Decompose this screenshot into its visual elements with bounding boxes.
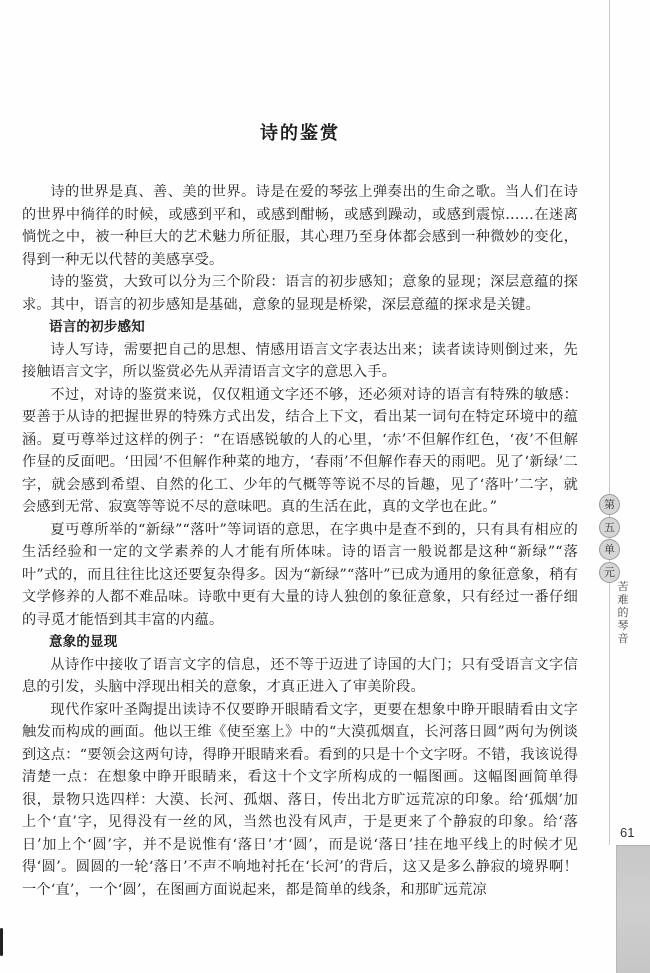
unit-badge-circle: 第 — [599, 494, 620, 515]
paragraph: 不过，对诗的鉴赏来说，仅仅粗通文字还不够，还必须对诗的语言有特殊的敏感：要善于从… — [22, 384, 578, 519]
paragraph: 诗的世界是真、善、美的世界。诗是在爱的琴弦上弹奏出的生命之歌。当人们在诗的世界中… — [22, 181, 578, 271]
paragraph: 夏丏尊所举的“新绿”“落叶”等词语的意思，在字典中是查不到的，只有具有相应的生活… — [22, 519, 578, 632]
page-edge-tab — [616, 845, 650, 973]
section-heading: 语言的初步感知 — [22, 316, 578, 339]
paragraph: 诗人写诗，需要把自己的思想、情感用语言文字表达出来；读者读诗则倒过来，先接触语言… — [22, 339, 578, 384]
paragraph: 诗的鉴赏，大致可以分为三个阶段：语言的初步感知；意象的显现；深层意蕴的探求。其中… — [22, 271, 578, 316]
margin-divider — [609, 0, 610, 845]
paragraph: 从诗作中接收了语言文字的信息，还不等于迈进了诗国的大门；只有受语言文字信息的引发… — [22, 654, 578, 699]
article-body: 诗的世界是真、善、美的世界。诗是在爱的琴弦上弹奏出的生命之歌。当人们在诗的世界中… — [22, 181, 578, 901]
unit-title-char: 音 — [616, 632, 630, 645]
unit-badge-circle: 单 — [599, 539, 620, 560]
unit-title-char: 的 — [616, 606, 630, 619]
paragraph: 现代作家叶圣陶提出读诗不仅要睁开眼睛看文字，更要在想象中睁开眼睛看由文字触发而构… — [22, 699, 578, 902]
unit-title-vertical: 苦 难 的 琴 音 — [616, 580, 630, 645]
page-title: 诗的鉴赏 — [0, 119, 600, 145]
page-number: 61 — [620, 825, 634, 840]
unit-title-char: 琴 — [616, 619, 630, 632]
scan-artifact — [0, 928, 3, 956]
unit-title-char: 苦 — [616, 580, 630, 593]
unit-label: 第 五 单 元 — [599, 494, 621, 584]
textbook-page: 诗的鉴赏 诗的世界是真、善、美的世界。诗是在爱的琴弦上弹奏出的生命之歌。当人们在… — [0, 0, 650, 973]
section-heading: 意象的显现 — [22, 631, 578, 654]
unit-badge-circle: 五 — [599, 517, 620, 538]
unit-title-char: 难 — [616, 593, 630, 606]
